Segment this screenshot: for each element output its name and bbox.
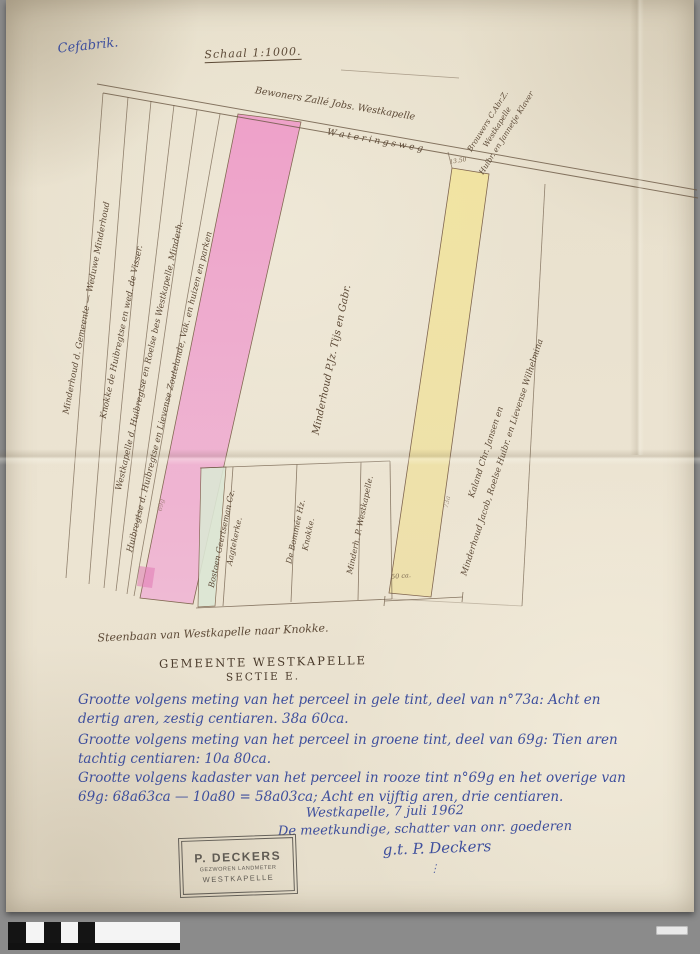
- scalebar-square: [26, 922, 44, 943]
- surveyor-stamp: P. DECKERS GEZWOREN LANDMETER WESTKAPELL…: [178, 834, 298, 898]
- scalebar-square: [44, 922, 61, 943]
- scalebar-base: [8, 943, 180, 950]
- reference-sticker: [656, 926, 688, 935]
- measure-tick: [462, 592, 463, 602]
- note-line-4: tachtig centiaren: 10a 80ca.: [78, 751, 653, 767]
- block-bottom-line: [196, 599, 392, 608]
- stamp-place: WESTKAPELLE: [203, 872, 275, 883]
- note-line-1: Grootte volgens meting van het perceel i…: [78, 692, 653, 708]
- scalebar-square: [61, 922, 78, 943]
- note-line-2: dertig aren, zestig centiaren. 38a 60ca.: [78, 711, 653, 727]
- block-bottom-faint: [392, 599, 522, 606]
- scalebar-square: [8, 922, 26, 943]
- stamp-frame: P. DECKERS GEZWOREN LANDMETER WESTKAPELL…: [181, 837, 295, 895]
- note-line-6: 69g: 68a63ca — 10a80 = 58a03ca; Acht en …: [78, 789, 653, 805]
- pink-hatch-mark: [137, 566, 155, 588]
- note-line-3: Grootte volgens meting van het perceel i…: [78, 732, 653, 748]
- note-line-5: Grootte volgens kadaster van het perceel…: [78, 770, 653, 786]
- block-top-line: [200, 461, 390, 468]
- photographed-survey-document: Cefabrik. Schaal 1:1000. Bewoners Zallé …: [0, 0, 700, 954]
- scalebar-square: [95, 922, 180, 943]
- stamp-name: P. DECKERS: [194, 848, 281, 865]
- signature: g.t. P. Deckers: [382, 837, 491, 859]
- place-date: Westkapelle, 7 juli 1962: [306, 803, 464, 821]
- ditch-line-top: [341, 70, 459, 78]
- title-sectie: SECTIE E.: [226, 670, 300, 683]
- measure-tick: [384, 596, 385, 606]
- scalebar-square: [78, 922, 95, 943]
- signature-flourish: ⋮: [429, 862, 440, 875]
- road-line-upper: [97, 84, 697, 190]
